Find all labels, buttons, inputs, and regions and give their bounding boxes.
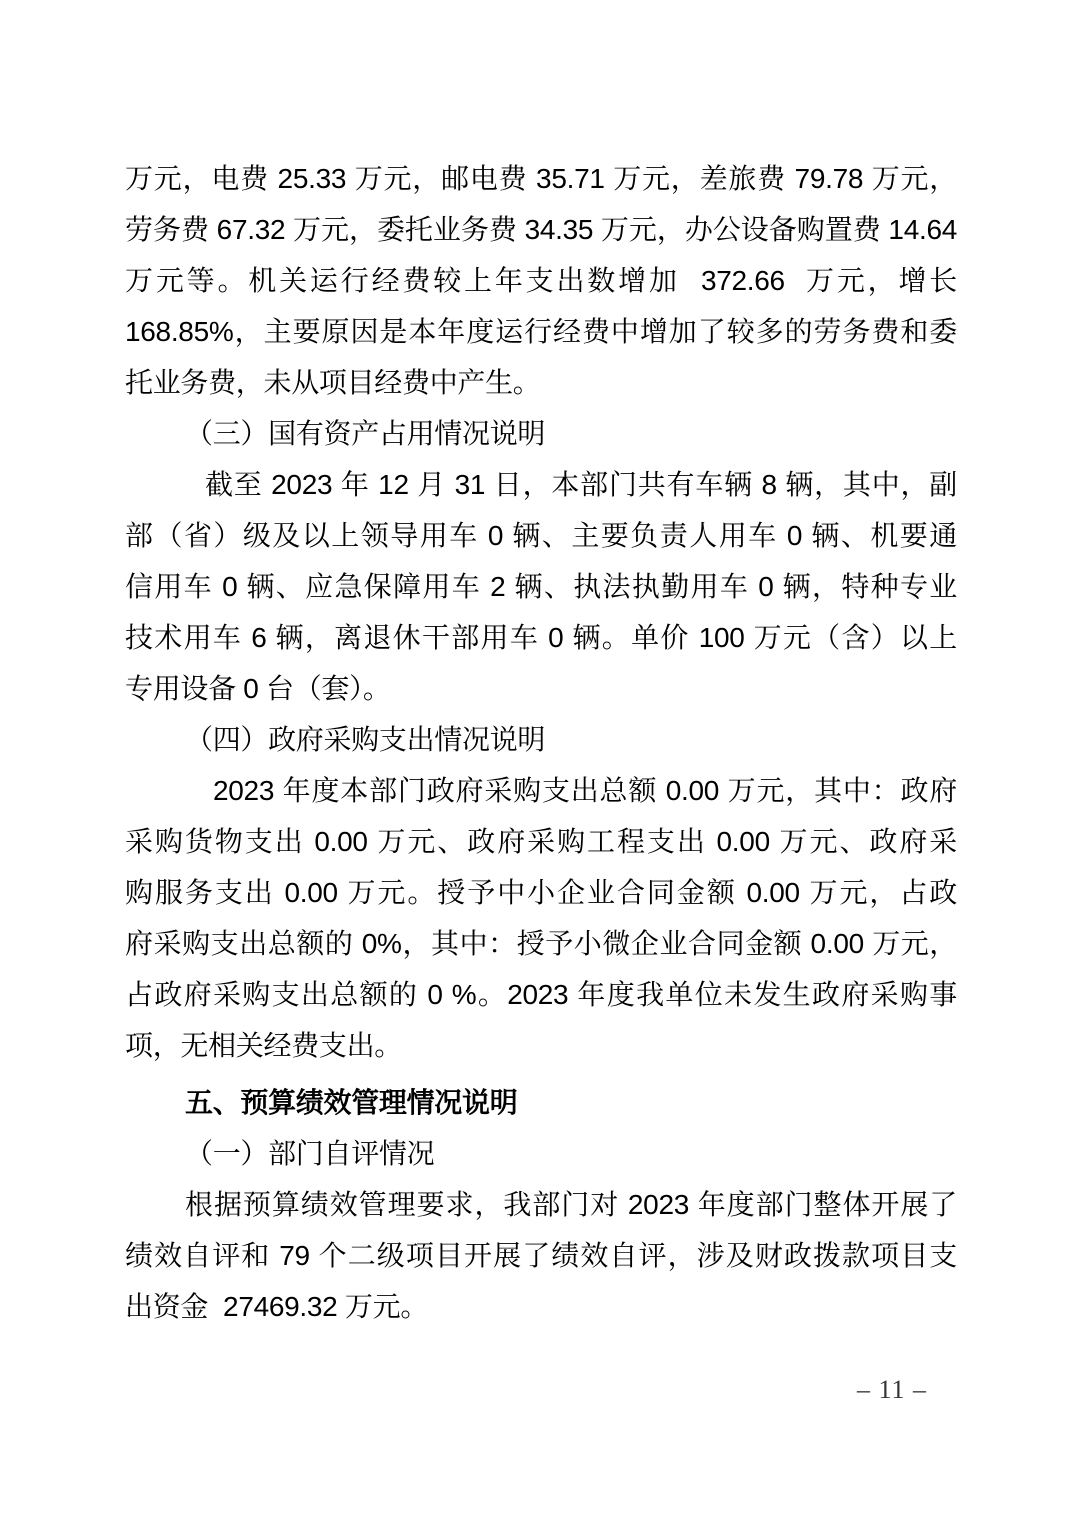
body-line: 截至 2023 年 12 月 31 日，本部门共有车辆 8 辆，其中，副 [125,459,957,510]
body-line: 托业务费，未从项目经费中产生。 [125,357,957,408]
body-line: 168.85%，主要原因是本年度运行经费中增加了较多的劳务费和委 [125,306,957,357]
subsection-heading-self-evaluation: （一）部门自评情况 [125,1128,957,1179]
body-line: 绩效自评和 79 个二级项目开展了绩效自评，涉及财政拨款项目支 [125,1230,957,1281]
body-line: 采购货物支出 0.00 万元、政府采购工程支出 0.00 万元、政府采 [125,816,957,867]
document-body: 万元，电费 25.33 万元，邮电费 35.71 万元，差旅费 79.78 万元… [125,153,957,1332]
body-line: 万元等。机关运行经费较上年支出数增加 372.66 万元，增长 [125,255,957,306]
body-line: 技术用车 6 辆，离退休干部用车 0 辆。单价 100 万元（含）以上 [125,612,957,663]
body-line: 部（省）级及以上领导用车 0 辆、主要负责人用车 0 辆、机要通 [125,510,957,561]
body-line: 2023 年度本部门政府采购支出总额 0.00 万元，其中：政府 [125,765,957,816]
body-line: 根据预算绩效管理要求，我部门对 2023 年度部门整体开展了 [125,1179,957,1230]
document-page: 万元，电费 25.33 万元，邮电费 35.71 万元，差旅费 79.78 万元… [0,0,1075,1520]
body-line: 项，无相关经费支出。 [125,1020,957,1071]
page-number: – 11 – [857,1375,927,1405]
body-line: 信用车 0 辆、应急保障用车 2 辆、执法执勤用车 0 辆，特种专业 [125,561,957,612]
body-line: 专用设备 0 台（套）。 [125,663,957,714]
body-line: 占政府采购支出总额的 0 %。2023 年度我单位未发生政府采购事 [125,969,957,1020]
body-line: 劳务费 67.32 万元，委托业务费 34.35 万元，办公设备购置费 14.6… [125,204,957,255]
body-line: 出资金 27469.32 万元。 [125,1281,957,1332]
body-line: 购服务支出 0.00 万元。授予中小企业合同金额 0.00 万元，占政 [125,867,957,918]
section-heading-procurement: （四）政府采购支出情况说明 [125,714,957,765]
section-heading-performance: 五、预算绩效管理情况说明 [125,1077,957,1128]
body-line: 府采购支出总额的 0%，其中：授予小微企业合同金额 0.00 万元， [125,918,957,969]
body-line: 万元，电费 25.33 万元，邮电费 35.71 万元，差旅费 79.78 万元… [125,153,957,204]
section-heading-state-assets: （三）国有资产占用情况说明 [125,408,957,459]
